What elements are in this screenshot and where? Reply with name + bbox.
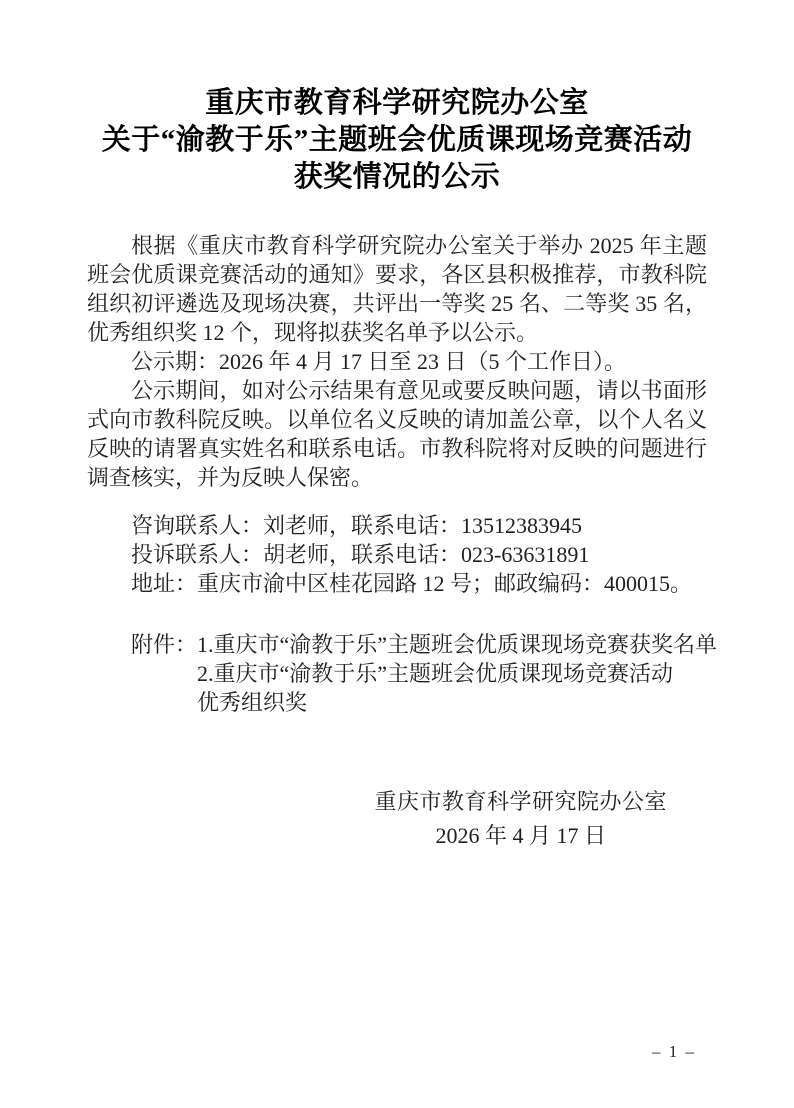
attachment-block: 附件： 1.重庆市“渝教于乐”主题班会优质课现场竞赛获奖名单 2.重庆市“渝教于… xyxy=(87,630,707,717)
attachment-items: 1.重庆市“渝教于乐”主题班会优质课现场竞赛获奖名单 2.重庆市“渝教于乐”主题… xyxy=(197,630,717,717)
paragraph-publicity-period: 公示期：2026 年 4 月 17 日至 23 日（5 个工作日）。 xyxy=(87,347,707,376)
paragraph-feedback-instructions: 公示期间，如对公示结果有意见或要反映问题，请以书面形式向市教科院反映。以单位名义… xyxy=(87,376,707,492)
attachment-item-2: 2.重庆市“渝教于乐”主题班会优质课现场竞赛活动 xyxy=(197,659,717,688)
body-paragraphs: 根据《重庆市教育科学研究院办公室关于举办 2025 年主题班会优质课竞赛活动的通… xyxy=(87,231,707,492)
document-page: 重庆市教育科学研究院办公室 关于“渝教于乐”主题班会优质课现场竞赛活动 获奖情况… xyxy=(0,0,794,1108)
contact-line-consult: 咨询联系人：刘老师，联系电话：13512383945 xyxy=(87,511,707,540)
paragraph-basis: 根据《重庆市教育科学研究院办公室关于举办 2025 年主题班会优质课竞赛活动的通… xyxy=(87,231,707,347)
contact-line-complaint: 投诉联系人：胡老师，联系电话：023-63631891 xyxy=(87,540,707,569)
title-line-1: 重庆市教育科学研究院办公室 xyxy=(0,85,794,122)
attachment-item-2-continued: 优秀组织奖 xyxy=(197,688,717,717)
page-number: – 1 – xyxy=(652,1042,696,1062)
signature-date: 2026 年 4 月 17 日 xyxy=(374,819,667,853)
document-title: 重庆市教育科学研究院办公室 关于“渝教于乐”主题班会优质课现场竞赛活动 获奖情况… xyxy=(0,0,794,196)
signature-organization: 重庆市教育科学研究院办公室 xyxy=(374,785,667,819)
attachment-item-1: 1.重庆市“渝教于乐”主题班会优质课现场竞赛获奖名单 xyxy=(197,630,717,659)
signature-block: 重庆市教育科学研究院办公室 2026 年 4 月 17 日 xyxy=(374,785,667,853)
title-line-3: 获奖情况的公示 xyxy=(0,159,794,196)
attachments-label: 附件： xyxy=(131,630,197,659)
contact-block: 咨询联系人：刘老师，联系电话：13512383945 投诉联系人：胡老师，联系电… xyxy=(87,511,707,598)
document-content: 根据《重庆市教育科学研究院办公室关于举办 2025 年主题班会优质课竞赛活动的通… xyxy=(87,231,707,853)
title-line-2: 关于“渝教于乐”主题班会优质课现场竞赛活动 xyxy=(0,122,794,159)
contact-line-address: 地址：重庆市渝中区桂花园路 12 号；邮政编码：400015。 xyxy=(87,569,707,598)
